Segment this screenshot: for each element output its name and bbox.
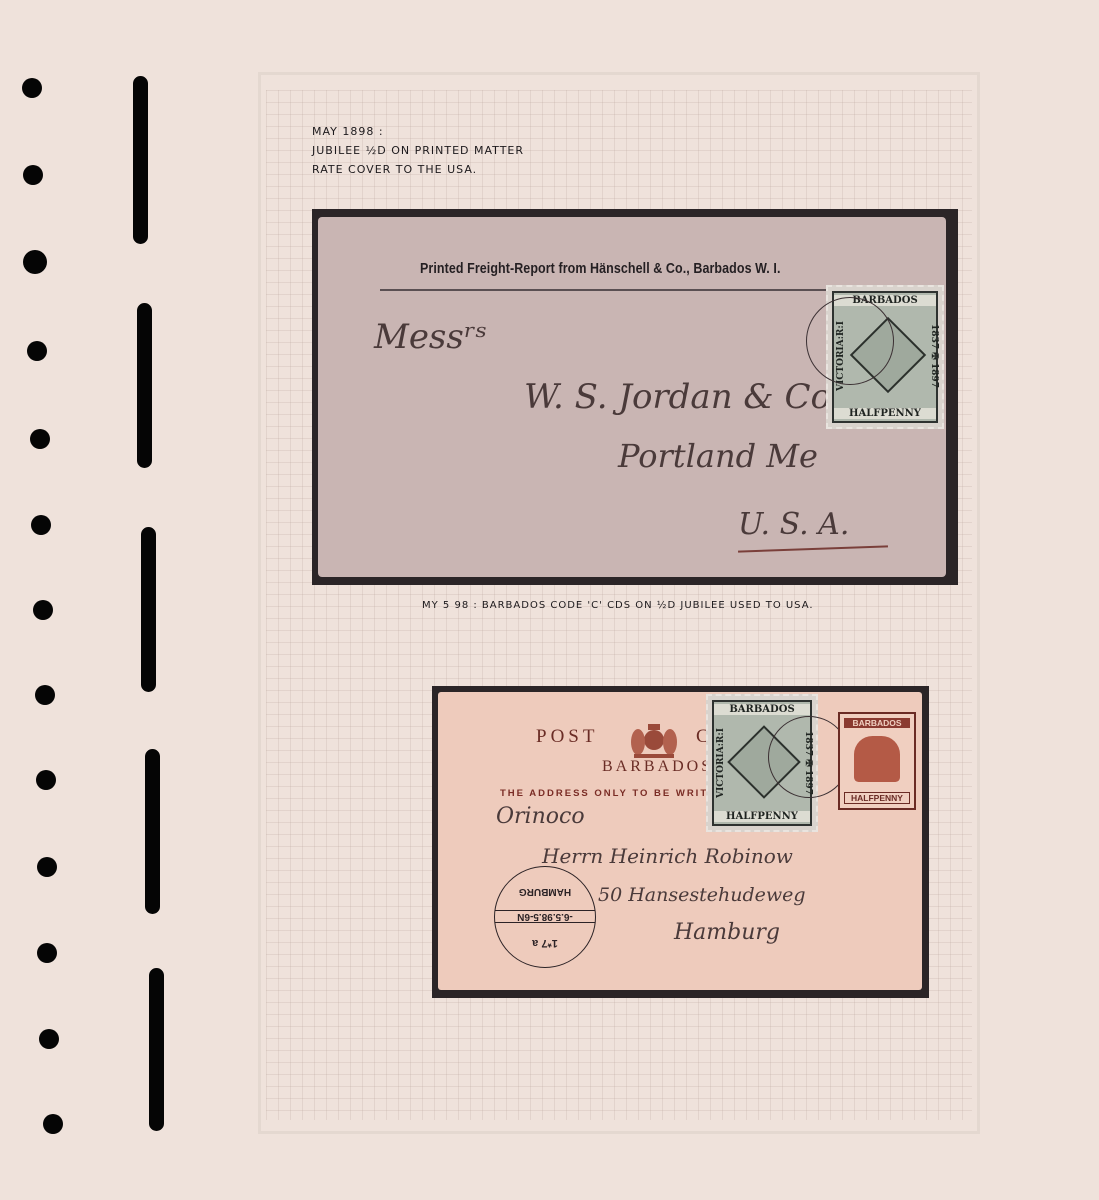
underline — [738, 545, 888, 552]
binder-hole — [39, 1029, 59, 1049]
stamp-right-text: 1837 ✠ 1897 — [929, 324, 939, 388]
note-line: May 1898 : — [312, 122, 524, 141]
address-line: Hamburg — [674, 920, 780, 945]
post-card-title: POST — [536, 726, 598, 748]
postmark-number: 1*7 a — [495, 937, 595, 949]
printed-header: Printed Freight-Report from Hänschell & … — [420, 261, 781, 277]
address-instruction: THE ADDRESS ONLY TO BE WRITTE — [500, 788, 724, 799]
indicium-bottom-text: HALFPENNY — [844, 792, 910, 804]
postmark-town: HAMBURG — [495, 886, 595, 897]
binder-hole — [37, 943, 57, 963]
binder-slot — [133, 76, 148, 244]
stamp-bottom-text: HALFPENNY — [714, 811, 810, 822]
binder-slot — [137, 303, 152, 468]
postmark-barbados — [806, 297, 894, 385]
stamp-top-text: BARBADOS — [714, 704, 810, 715]
postmark-hamburg: HAMBURG -6.5.98.5-6N 1*7 a — [494, 866, 596, 968]
binder-slot — [149, 968, 164, 1131]
binder-hole — [31, 515, 51, 535]
britannia-icon — [854, 736, 900, 782]
address-line: Herrn Heinrich Robinow — [542, 844, 793, 868]
binder-hole — [22, 78, 42, 98]
header-rule — [380, 289, 900, 291]
indicium-top-text: BARBADOS — [844, 718, 910, 728]
postmark-date: -6.5.98.5-6N — [495, 910, 595, 923]
address-line: Orinoco — [496, 804, 585, 829]
royal-arms-icon — [630, 720, 678, 760]
postcard: POST C BARBADOS THE ADDRESS ONLY TO BE W… — [438, 692, 922, 990]
note-line: Jubilee ½d on Printed Matter — [312, 141, 524, 160]
address-line: Messʳˢ — [374, 317, 487, 357]
binder-hole — [36, 770, 56, 790]
jubilee-stamp: BARBADOS HALFPENNY VICTORIA:R:I 1837 ✠ 1… — [706, 694, 818, 832]
stamp-bottom-text: HALFPENNY — [834, 408, 936, 419]
postcard-to-hamburg: POST C BARBADOS THE ADDRESS ONLY TO BE W… — [432, 686, 929, 998]
cover-freight-report: Printed Freight-Report from Hänschell & … — [312, 209, 958, 585]
binder-hole — [23, 250, 47, 274]
note-top: May 1898 : Jubilee ½d on Printed Matter … — [312, 122, 524, 179]
jubilee-stamp: BARBADOS HALFPENNY VICTORIA:R:I 1837 ✠ 1… — [826, 285, 944, 429]
binder-hole — [35, 685, 55, 705]
binder-hole — [23, 165, 43, 185]
binder-hole — [43, 1114, 63, 1134]
binder-hole — [27, 341, 47, 361]
imprinted-indicium: BARBADOS HALFPENNY — [838, 712, 916, 810]
binder-slot — [145, 749, 160, 914]
address-line: 50 Hansestehudeweg — [598, 884, 806, 906]
address-line: Portland Me — [618, 437, 818, 475]
stamp-left-text: VICTORIA:R:I — [716, 728, 726, 798]
note-middle: My 5 98 : Barbados Code 'C' cds on ½d Ju… — [422, 596, 814, 615]
note-line: Rate Cover to the USA. — [312, 160, 524, 179]
binder-hole — [37, 857, 57, 877]
address-line: U. S. A. — [738, 507, 849, 542]
binder-hole — [30, 429, 50, 449]
country-name: BARBADOS — [602, 758, 713, 776]
binder-slot — [141, 527, 156, 692]
address-line: W. S. Jordan & Co — [524, 377, 831, 417]
envelope: Printed Freight-Report from Hänschell & … — [318, 217, 946, 577]
binder-hole — [33, 600, 53, 620]
